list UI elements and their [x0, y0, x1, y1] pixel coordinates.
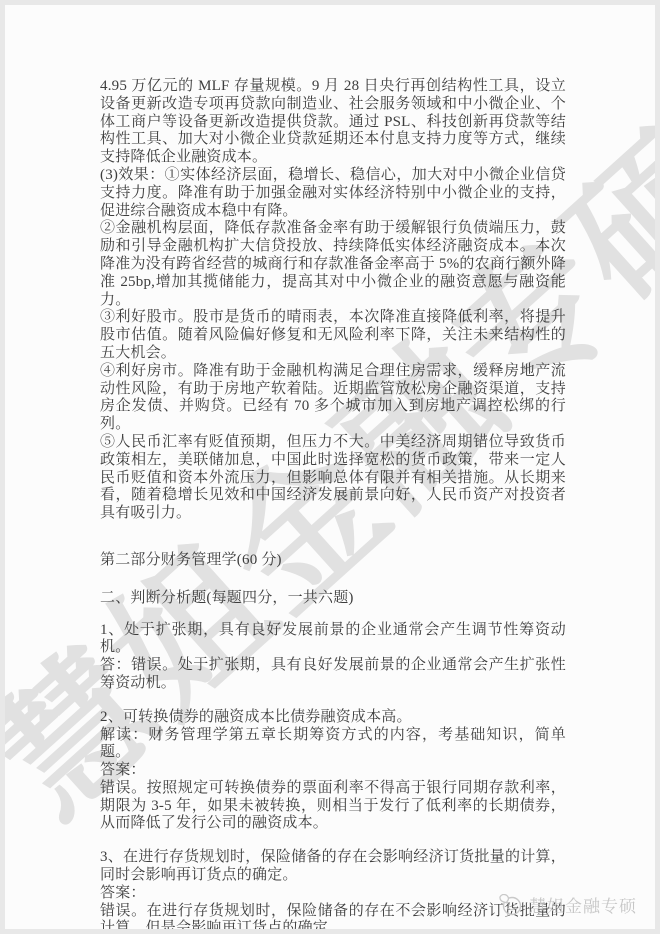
paragraph: (3)效果：①实体经济层面，稳增长、稳信心，加大对中小微企业信贷支持力度。降准有… [100, 167, 566, 220]
question-line: 错误。按照规定可转换债券的票面利率不得高于银行同期存款利率，期限为 3-5 年，… [100, 780, 566, 833]
paragraph: 4.95 万亿元的 MLF 存量规模。9 月 28 日央行再创结构性工具，设立设… [100, 78, 566, 167]
question-block: 1、处于扩张期，具有良好发展前景的企业通常会产生调节性筹资动机。答：错误。处于扩… [100, 622, 566, 693]
question-line: 答案： [100, 762, 566, 780]
intro-paragraphs: 4.95 万亿元的 MLF 存量规模。9 月 28 日央行再创结构性工具，设立设… [100, 78, 566, 523]
question-line: 1、处于扩张期，具有良好发展前景的企业通常会产生调节性筹资动机。 [100, 622, 566, 658]
question-block: 2、可转换债券的融资成本比债券融资成本高。解读：财务管理学第五章长期筹资方式的内… [100, 709, 566, 834]
document-content: 4.95 万亿元的 MLF 存量规模。9 月 28 日央行再创结构性工具，设立设… [100, 78, 566, 929]
question-line: 解读：财务管理学第五章长期筹资方式的内容，考基础知识，简单题。 [100, 727, 566, 763]
paragraph: ④利好房市。降准有助于金融机构满足合理住房需求，缓释房地产流动性风险，有助于房地… [100, 363, 566, 434]
questions-list: 1、处于扩张期，具有良好发展前景的企业通常会产生调节性筹资动机。答：错误。处于扩… [100, 622, 566, 929]
question-line: 答：错误。处于扩张期，具有良好发展前景的企业通常会产生扩张性筹资动机。 [100, 657, 566, 693]
paragraph: ②金融机构层面，降低存款准备金率有助于缓解银行负债端压力，鼓励和引导金融机构扩大… [100, 220, 566, 309]
subsection-heading: 二、判断分析题(每题四分，一共六题) [100, 590, 566, 608]
paragraph: ⑤人民币汇率有贬值预期，但压力不大。中美经济周期错位导致货币政策相左，美联储加息… [100, 434, 566, 523]
chat-face-logo-icon [497, 894, 523, 916]
question-block: 3、在进行存货规划时，保险储备的存在会影响经济订货批量的计算，同时会影响再订货点… [100, 849, 566, 929]
question-line: 3、在进行存货规划时，保险储备的存在会影响经济订货批量的计算，同时会影响再订货点… [100, 849, 566, 885]
section-heading: 第二部分财务管理学(60 分) [100, 552, 566, 570]
document-page: 慧姐金融专硕 4.95 万亿元的 MLF 存量规模。9 月 28 日央行再创结构… [5, 5, 655, 929]
brand-footer: 慧姐金融专硕 [497, 892, 637, 917]
brand-logo-text: 慧姐金融专硕 [529, 892, 637, 917]
question-line: 2、可转换债券的融资成本比债券融资成本高。 [100, 709, 566, 727]
paragraph: ③利好股市。股市是货币的晴雨表，本次降准直接降低利率，将提升股市估值。随着风险偏… [100, 309, 566, 362]
